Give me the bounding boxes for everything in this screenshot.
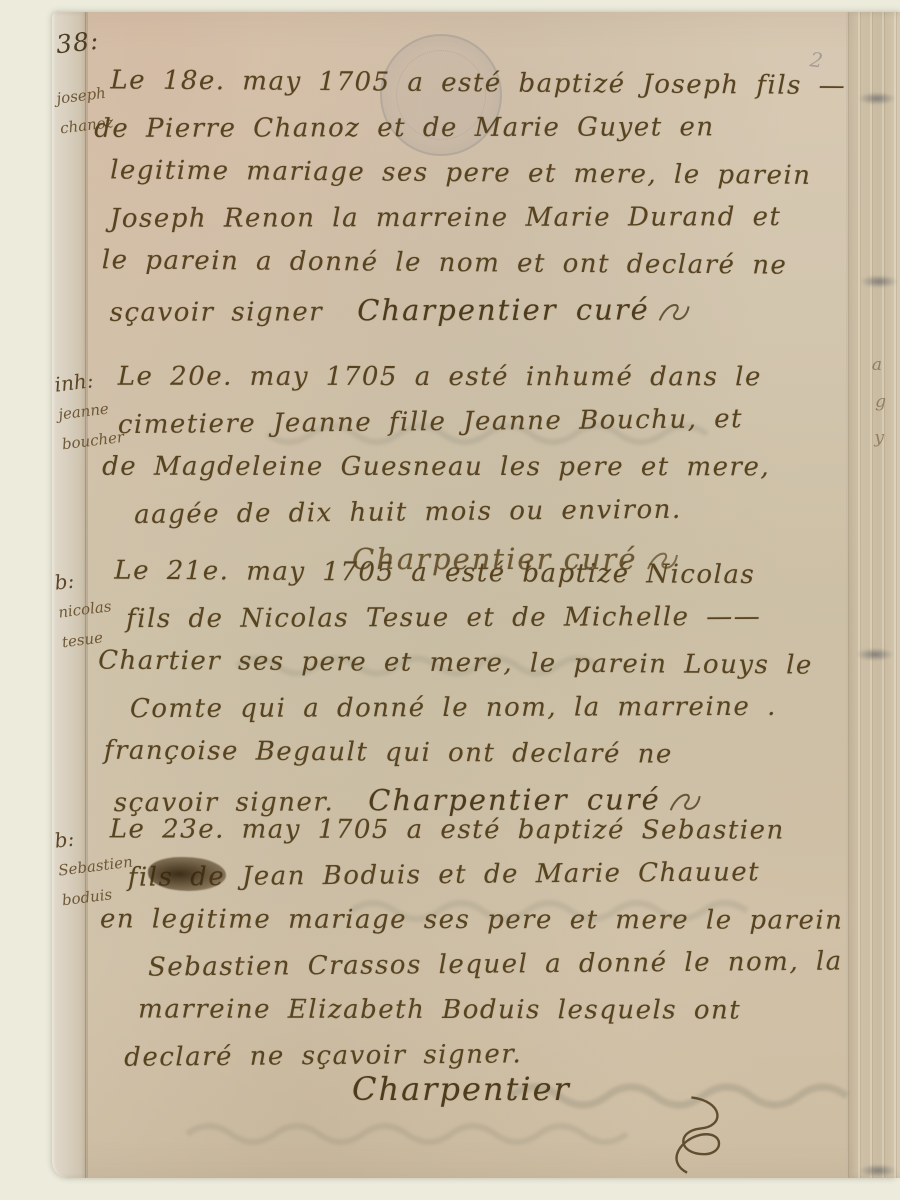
priest-signature: Charpentier curé <box>368 782 661 817</box>
record-line: Le 23e. may 1705 a esté baptizé Sebastie… <box>52 814 840 860</box>
paraph-flourish <box>667 788 703 816</box>
edge-smudge <box>858 92 896 105</box>
record-baptism-nicolas: Le 21e. may 1705 a esté baptizé Nicolas … <box>52 557 841 829</box>
record-burial-jeanne: Le 20e. may 1705 a esté inhumé dans le c… <box>52 361 841 544</box>
record-line: fils de Nicolas Tesue et de Michelle —— <box>52 602 840 650</box>
record-line: Joseph Renon la marreine Marie Durand et <box>52 202 840 249</box>
record-line: de Pierre Chanoz et de Marie Guyet en <box>52 112 840 159</box>
record-line: le parein a donné le nom et ont declaré … <box>52 245 840 296</box>
record-line: sçavoir signerCharpentier curé <box>52 292 840 339</box>
record-line: marreine Elizabeth Boduis lesquels ont <box>52 994 840 1040</box>
record-line: Comte qui a donné le nom, la marreine . <box>52 692 840 740</box>
record-line: Chartier ses pere et mere, le parein Lou… <box>52 645 840 696</box>
record-line: cimetiere Jeanne fille Jeanne Bouchu, et <box>52 403 840 456</box>
record-baptism-joseph: Le 18e. may 1705 a esté baptizé Joseph f… <box>52 67 841 340</box>
record-line: en legitime mariage ses pere et mere le … <box>52 904 840 950</box>
record-line: de Magdeleine Guesneau les pere et mere, <box>52 452 840 498</box>
record-line: Le 21e. may 1705 a esté baptizé Nicolas <box>52 555 840 606</box>
edge-smudge <box>856 648 894 661</box>
fore-edge-page-stack <box>846 12 900 1178</box>
record-line: françoise Begault qui ont declaré ne <box>52 735 840 786</box>
record-line: Sebastien Crassos lequel a donné le nom,… <box>52 947 840 999</box>
record-line: legitime mariage ses pere et mere, le pa… <box>52 155 840 206</box>
record-line: aagée de dix huit mois ou environ. <box>52 493 840 546</box>
edge-glyph: y <box>874 430 884 447</box>
ink-blot <box>148 857 226 891</box>
priest-signature: Charpentier <box>352 1070 571 1108</box>
record-line: Le 18e. may 1705 a esté baptizé Joseph f… <box>52 65 840 116</box>
bleedthrough-mark <box>182 1120 682 1146</box>
paraph-flourish <box>656 298 692 326</box>
priest-signature: Charpentier curé <box>357 292 650 327</box>
manuscript-page: a g y 38: 2 joseph chanoz Le 18e. may 17… <box>52 12 900 1178</box>
record-line: Le 20e. may 1705 a esté inhumé dans le <box>52 362 840 408</box>
record-baptism-sebastien: Le 23e. may 1705 a esté baptizé Sebastie… <box>52 814 841 1086</box>
folio-number: 38: <box>55 26 101 59</box>
edge-glyph: a <box>872 357 882 374</box>
record-line-text: sçavoir signer <box>110 297 324 328</box>
edge-glyph: g <box>875 394 886 411</box>
edge-smudge <box>860 275 898 288</box>
edge-smudge <box>859 1164 897 1177</box>
